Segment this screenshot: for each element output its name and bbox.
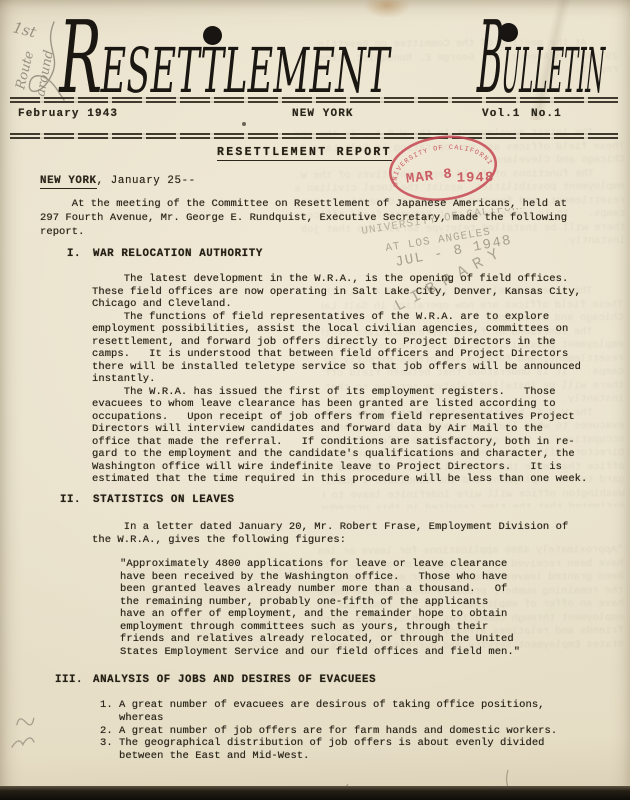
list-item: 1.A great number of evacuees are desirou… <box>100 699 557 725</box>
svg-text:RESETTLEMENT: RESETTLEMENT <box>53 4 397 104</box>
pencil-mark-route: Route <box>13 49 37 92</box>
section-3-list: 1.A great number of evacuees are desirou… <box>100 699 557 763</box>
list-item-number: 2. <box>100 725 113 738</box>
masthead-word1-rest: ESETTLEMENT <box>97 34 394 104</box>
masthead-word2-rest: ULLETIN <box>498 34 608 104</box>
report-heading: RESETTLEMENT REPORT <box>217 146 392 161</box>
dateline-place: NEW YORK <box>40 175 97 189</box>
section-2-body: In a letter dated January 20, Mr. Robert… <box>92 521 568 546</box>
svg-text:BULLETIN: BULLETIN <box>472 4 612 104</box>
section-1-number: I. <box>55 248 81 260</box>
section-2-title: STATISTICS ON LEAVES <box>93 494 235 506</box>
red-stamp-date: MAR 8 <box>405 166 454 188</box>
issue-number: No.1 <box>531 108 562 120</box>
punch-hole-right <box>499 23 518 42</box>
issue-city: NEW YORK <box>292 108 354 120</box>
header-rule-top <box>10 97 618 105</box>
pencil-mark-1st: 1st <box>11 18 39 41</box>
dateline: NEW YORK, January 25-- <box>40 175 196 187</box>
section-1-title: WAR RELOCATION AUTHORITY <box>93 248 263 260</box>
list-item-text: A great number of job offers are for far… <box>119 725 557 738</box>
section-3-heading: III.ANALYSIS OF JOBS AND DESIRES OF EVAC… <box>55 674 376 686</box>
section-2-number: II. <box>55 494 81 506</box>
list-item-text: The geographical distribution of job off… <box>119 737 545 763</box>
scan-edge-shadow <box>0 786 630 800</box>
list-item: 2.A great number of job offers are for f… <box>100 725 557 738</box>
pencil-margin-squiggle <box>8 703 53 758</box>
dateline-rest: , January 25-- <box>97 175 196 187</box>
section-3-title: ANALYSIS OF JOBS AND DESIRES OF EVACUEES <box>93 674 376 686</box>
ink-speck <box>242 122 246 126</box>
section-1-body: The latest development in the W.R.A., is… <box>92 273 587 486</box>
issue-volume: Vol.1 <box>482 108 521 120</box>
intro-paragraph: At the meeting of the Committee on Reset… <box>40 197 567 239</box>
scanned-bulletin-page: At the meeting of the Committee on Reset… <box>0 0 630 800</box>
section-2-heading: II.STATISTICS ON LEAVES <box>55 494 235 506</box>
section-3-number: III. <box>55 674 81 686</box>
issue-date: February 1943 <box>18 108 118 120</box>
red-stamp-year: 1948 <box>457 170 495 187</box>
section-2-quote: "Approximately 4800 applications for lea… <box>120 558 520 658</box>
list-item: 3.The geographical distribution of job o… <box>100 737 557 763</box>
header-rule-bottom <box>10 133 618 141</box>
list-item-number: 3. <box>100 737 113 763</box>
section-1-heading: I.WAR RELOCATION AUTHORITY <box>55 248 263 260</box>
list-item-number: 1. <box>100 699 113 725</box>
punch-hole-left <box>203 26 222 45</box>
list-item-text: A great number of evacuees are desirous … <box>119 699 545 725</box>
